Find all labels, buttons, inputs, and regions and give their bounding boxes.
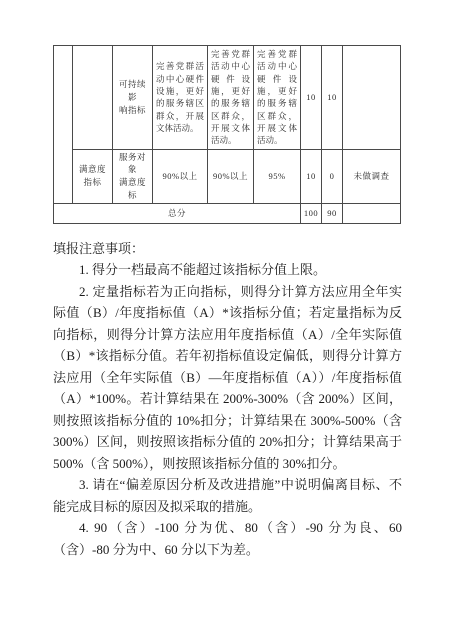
note-item-3: 3. 请在“偏差原因分析及改进措施”中说明偏离目标、不能完成目标的原因及拟采取的… <box>53 474 402 517</box>
cell-satisfaction-score-got: 0 <box>322 149 343 203</box>
cell-satisfaction-annual-target: 90%以上 <box>153 149 208 203</box>
note-item-2: 2. 定量指标若为正向指标，则得分计算方法应用全年实际值（B）/年度指标值（A）… <box>53 281 402 475</box>
table-row-total: 总分 100 90 <box>54 203 401 223</box>
cell-satisfaction-indicator-name: 服务对象 满意度标 <box>113 149 153 203</box>
table-row-sustain-indicator: 可持续影 响指标 完善党群活动中心硬件设施，更好的服务辖区群众，开展文体活动。 … <box>54 46 401 150</box>
cell-total-remark <box>343 203 401 223</box>
cell-sustain-yearend-value: 完善党群活动中心硬件设施，更好的服务辖区群众，开展文体活动。 <box>254 46 301 150</box>
notes-heading: 填报注意事项： <box>53 238 402 260</box>
cell-total-score-got: 90 <box>322 203 343 223</box>
filling-notes-section: 填报注意事项： 1. 得分一档最高不能超过该指标分值上限。 2. 定量指标若为正… <box>53 238 402 561</box>
cell-sustain-score-full: 10 <box>301 46 322 150</box>
cell-total-label: 总分 <box>54 203 301 223</box>
cell-sustain-annual-target: 完善党群活动中心硬件设施，更好的服务辖区群众，开展文体活动。 <box>153 46 208 150</box>
cell-left-spacer <box>54 46 73 204</box>
cell-sustain-score-got: 10 <box>322 46 343 150</box>
cell-satisfaction-score-full: 10 <box>301 149 322 203</box>
cell-satisfaction-category: 满意度 指标 <box>73 149 113 203</box>
cell-sustain-remark <box>343 46 401 150</box>
table-row-satisfaction-indicator: 满意度 指标 服务对象 满意度标 90%以上 90%以上 95% 10 0 未做… <box>54 149 401 203</box>
note-item-1: 1. 得分一档最高不能超过该指标分值上限。 <box>53 259 402 281</box>
cell-total-score-full: 100 <box>301 203 322 223</box>
cell-satisfaction-yearend-value: 95% <box>254 149 301 203</box>
document-page: 可持续影 响指标 完善党群活动中心硬件设施，更好的服务辖区群众，开展文体活动。 … <box>0 0 451 638</box>
cell-sustain-category <box>73 46 113 150</box>
score-table: 可持续影 响指标 完善党群活动中心硬件设施，更好的服务辖区群众，开展文体活动。 … <box>53 45 401 224</box>
cell-sustain-actual-value: 完善党群活动中心硬件设施，更好的服务辖区群众，开展文体活动。 <box>208 46 254 150</box>
cell-satisfaction-remark: 未做调查 <box>343 149 401 203</box>
note-item-4: 4. 90（含）-100 分为优、80（含）-90 分为良、60（含）-80 分… <box>53 517 402 560</box>
cell-sustain-indicator-name: 可持续影 响指标 <box>113 46 153 150</box>
cell-satisfaction-actual-value: 90%以上 <box>208 149 254 203</box>
